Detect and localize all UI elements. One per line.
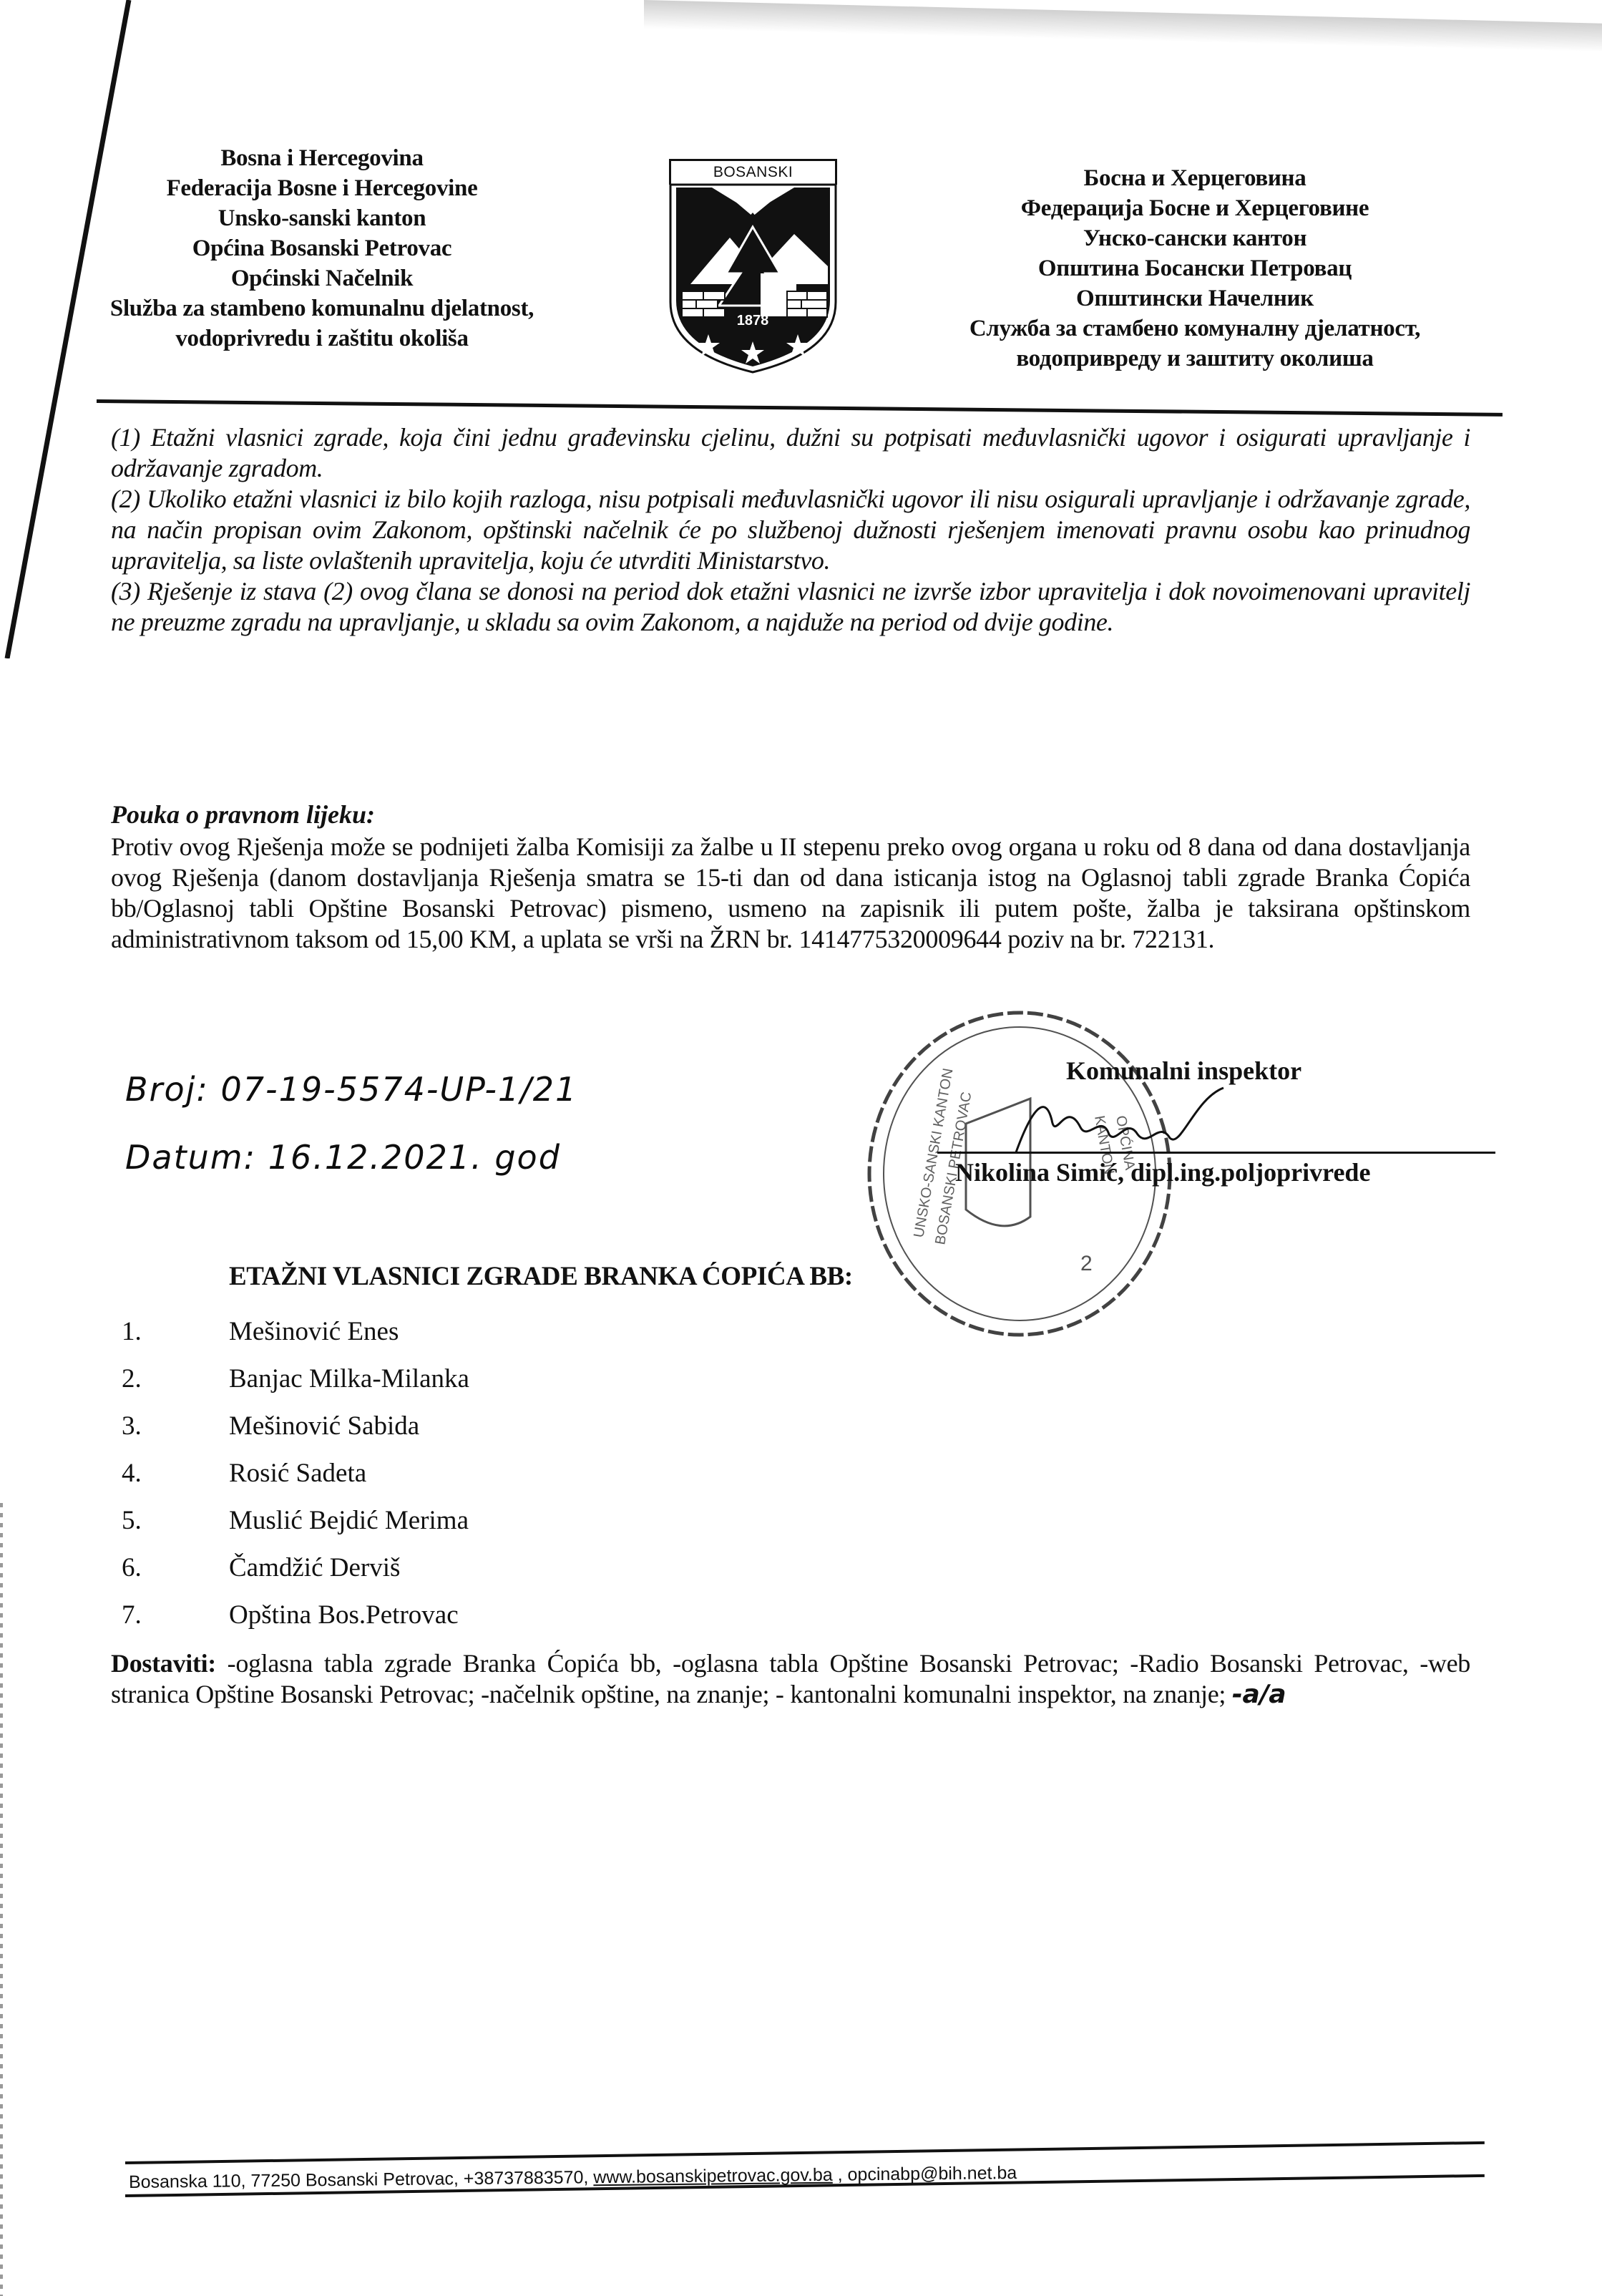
footer-divider-top	[125, 2141, 1485, 2164]
scan-shadow	[644, 0, 1602, 52]
list-item: 3.Mešinović Sabida	[122, 1403, 469, 1450]
signatory-name: Nikolina Simić, dipl.ing.poljoprivrede	[955, 1157, 1370, 1187]
legal-paragraphs: (1) Etažni vlasnici zgrade, koja čini je…	[111, 422, 1470, 638]
handwritten-date: Datum: 16.12.2021. god	[125, 1138, 561, 1177]
owner-number: 7.	[122, 1592, 229, 1639]
letterhead-line: Federacija Bosne i Hercegovine	[50, 173, 594, 203]
owner-number: 5.	[122, 1497, 229, 1545]
footer-separator: ,	[833, 2164, 848, 2184]
letterhead-line: Унско-сански кантон	[880, 223, 1510, 253]
header-divider	[97, 399, 1503, 417]
list-item: 6.Čamdžić Derviš	[122, 1545, 469, 1592]
crest-year: 1878	[737, 313, 769, 329]
letterhead-line: водопривреду и заштиту околиша	[880, 344, 1510, 374]
crest-shield-icon: 1878	[669, 159, 837, 374]
letterhead-line: vodoprivredu i zaštitu okoliša	[50, 324, 594, 354]
legal-paragraph-3: (3) Rješenje iz stava (2) ovog člana se …	[111, 576, 1470, 638]
municipal-crest: BOSANSKI PETROVAC 1878	[669, 159, 837, 374]
owners-list: 1.Mešinović Enes 2.Banjac Milka-Milanka …	[122, 1308, 469, 1639]
letterhead-line: Федерација Босне и Херцеговине	[880, 193, 1510, 223]
signature-line	[937, 1152, 1495, 1154]
owners-title: ETAŽNI VLASNICI ZGRADE BRANKA ĆOPIĆA BB:	[229, 1261, 853, 1292]
handwritten-suffix: -a/a	[1232, 1680, 1286, 1709]
owner-name: Banjac Milka-Milanka	[229, 1364, 469, 1393]
letterhead-line: Općinski Načelnik	[50, 263, 594, 293]
owner-name: Muslić Bejdić Merima	[229, 1506, 469, 1535]
list-item: 2.Banjac Milka-Milanka	[122, 1356, 469, 1403]
signature-scrawl-icon	[1002, 1084, 1245, 1156]
stamp-number: 2	[1080, 1252, 1093, 1275]
owner-name: Mešinović Enes	[229, 1317, 399, 1346]
list-item: 4.Rosić Sadeta	[122, 1450, 469, 1497]
legal-paragraph-1: (1) Etažni vlasnici zgrade, koja čini je…	[111, 422, 1470, 484]
owner-name: Mešinović Sabida	[229, 1411, 419, 1441]
handwritten-reference-number: Broj: 07-19-5574-UP-1/21	[125, 1070, 577, 1109]
list-item: 5.Muslić Bejdić Merima	[122, 1497, 469, 1545]
legal-remedy-text: Protiv ovog Rješenja može se podnijeti ž…	[111, 832, 1470, 955]
owner-name: Rosić Sadeta	[229, 1459, 366, 1488]
signatory-title: Komunalni inspektor	[1066, 1056, 1301, 1086]
list-item: 7.Opština Bos.Petrovac	[122, 1592, 469, 1639]
delivery-label: Dostaviti:	[111, 1649, 216, 1678]
letterhead-latin: Bosna i Hercegovina Federacija Bosne i H…	[50, 143, 594, 354]
letterhead-line: Служба за стамбено комуналну дјелатност,	[880, 313, 1510, 344]
list-item: 1.Mešinović Enes	[122, 1308, 469, 1356]
owner-number: 6.	[122, 1545, 229, 1592]
owner-name: Opština Bos.Petrovac	[229, 1600, 459, 1630]
letterhead-line: Unsko-sanski kanton	[50, 203, 594, 233]
delivery-note: Dostaviti: -oglasna tabla zgrade Branka …	[111, 1648, 1470, 1710]
owner-number: 1.	[122, 1308, 229, 1356]
owner-number: 2.	[122, 1356, 229, 1403]
letterhead-line: Општински Начелник	[880, 283, 1510, 313]
letterhead-line: Bosna i Hercegovina	[50, 143, 594, 173]
letterhead-line: Služba za stambeno komunalnu djelatnost,	[50, 293, 594, 324]
owner-number: 4.	[122, 1450, 229, 1497]
letterhead-line: Општина Босански Петровац	[880, 253, 1510, 283]
legal-paragraph-2: (2) Ukoliko etažni vlasnici iz bilo koji…	[111, 484, 1470, 576]
owner-number: 3.	[122, 1403, 229, 1450]
binding-marks	[0, 1503, 3, 2296]
letterhead-line: Općina Bosanski Petrovac	[50, 233, 594, 263]
legal-remedy-title: Pouka o pravnom lijeku:	[111, 799, 375, 830]
letterhead-cyrillic: Босна и Херцеговина Федерација Босне и Х…	[880, 163, 1510, 374]
letterhead-line: Босна и Херцеговина	[880, 163, 1510, 193]
owner-name: Čamdžić Derviš	[229, 1553, 400, 1582]
